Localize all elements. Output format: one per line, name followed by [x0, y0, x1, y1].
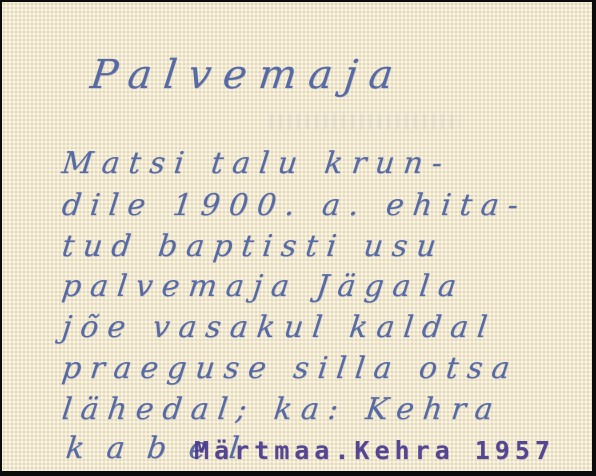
handwritten-line-5: jõe vasakul kaldal [60, 310, 498, 345]
ink-ghost-smudge [270, 114, 460, 129]
handwritten-line-3: tud baptisti usu [60, 229, 447, 264]
handwritten-line-2: dile 1900. a. ehita- [60, 188, 529, 223]
handwritten-line-7: lähedal; ka: Kehra [60, 392, 504, 427]
handwritten-line-1: Matsi talu krun- [60, 146, 453, 181]
date-stamp: Märtmaa.Kehra 1957 [194, 436, 555, 465]
handwritten-line-4: palvemaja Jägala [60, 269, 467, 304]
card-title: Palvemaja [88, 52, 408, 98]
handwritten-line-6: praeguse silla otsa [60, 351, 521, 386]
card-paper: Palvemaja Matsi talu krun- dile 1900. a.… [2, 2, 592, 471]
scanned-card: Palvemaja Matsi talu krun- dile 1900. a.… [0, 0, 596, 476]
